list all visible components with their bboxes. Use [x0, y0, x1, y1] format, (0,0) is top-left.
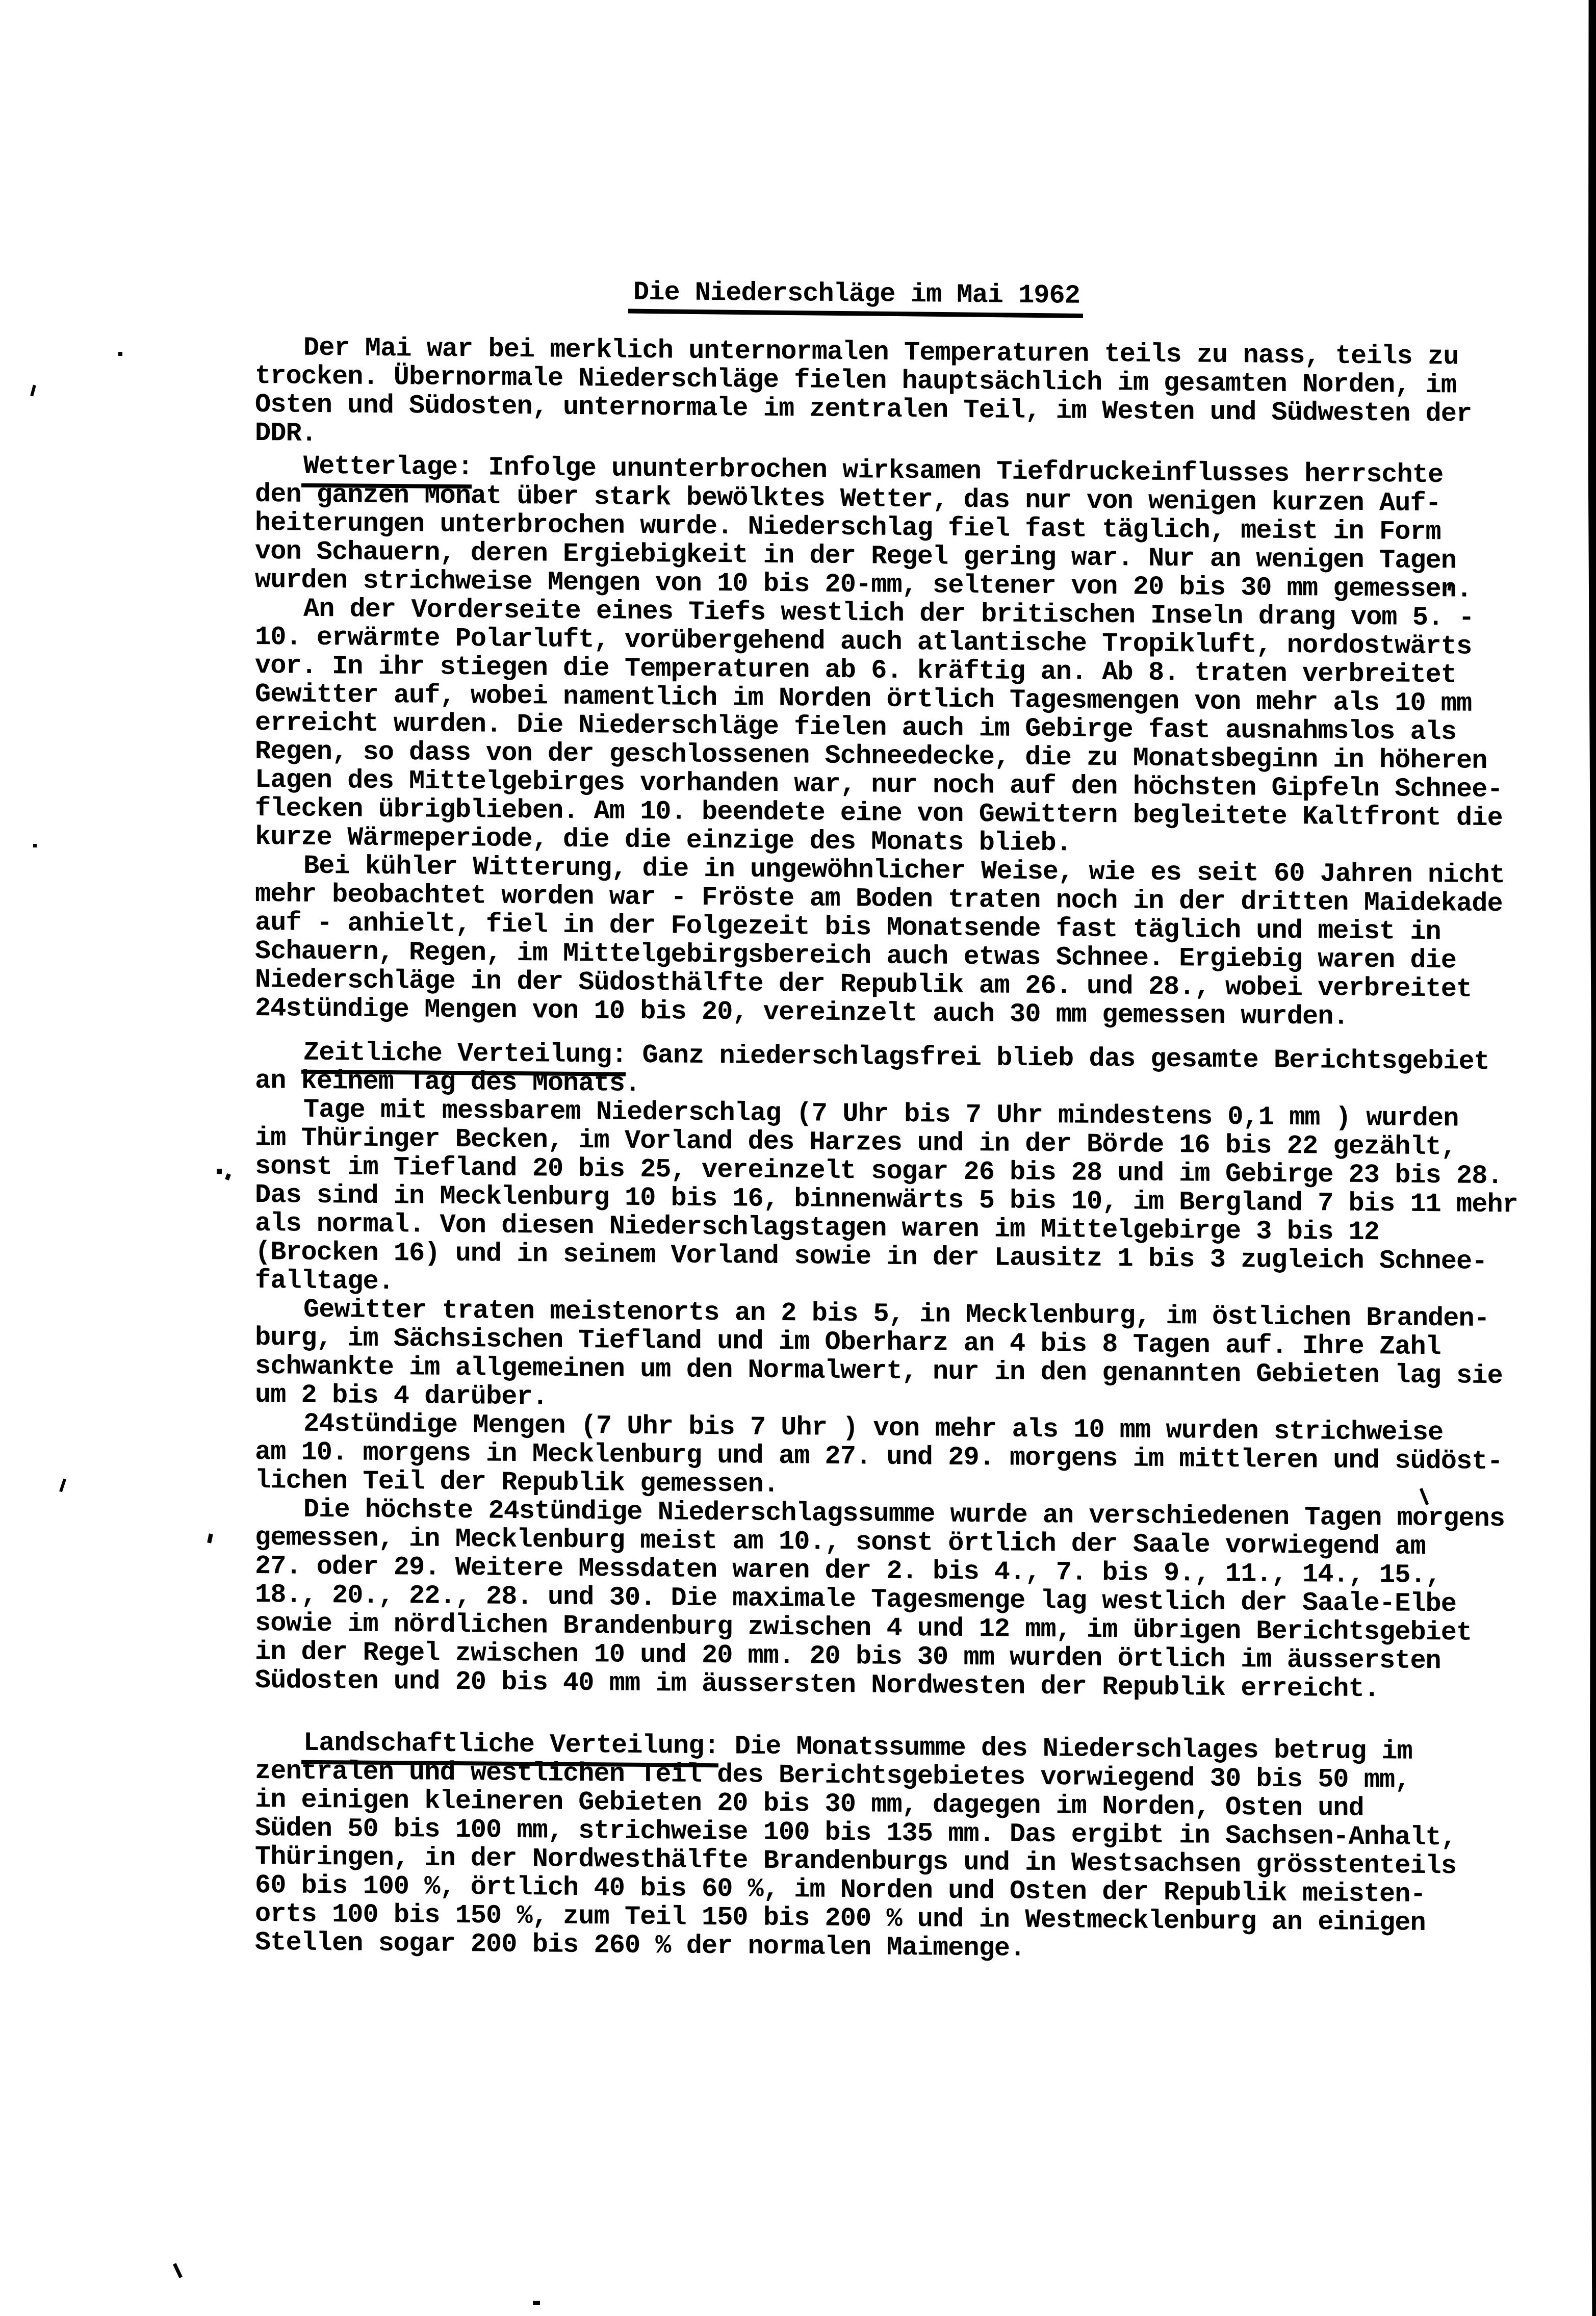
paragraph: Bei kühler Witterung, die in ungewöhnlic…: [255, 852, 1596, 1034]
paragraph: Der Mai war bei merklich unternormalen T…: [255, 333, 1596, 458]
paragraph: Tage mit messbarem Niederschlag (7 Uhr b…: [255, 1095, 1596, 1306]
section-heading: Zeitliche Verteilung:: [303, 1038, 627, 1070]
section-heading: Wetterlage:: [303, 451, 473, 483]
paragraph: Landschaftliche Verteilung: Die Monatssu…: [255, 1729, 1596, 1968]
paragraphs-container: Der Mai war bei merklich unternormalen T…: [255, 333, 1596, 1968]
scan-speck: [59, 1479, 66, 1492]
scan-speck: [33, 844, 37, 847]
paragraph: Wetterlage: Infolge ununterbrochen wirks…: [255, 452, 1596, 605]
section-heading: Landschaftliche Verteilung:: [303, 1728, 719, 1761]
page-title: Die Niederschläge im Mai 1962: [633, 278, 1080, 311]
scan-speck: [118, 352, 122, 356]
scan-speck: [173, 2263, 183, 2278]
paragraph: An der Vorderseite eines Tiefs westlich …: [255, 595, 1596, 862]
scan-speck: [207, 1533, 213, 1543]
scan-speck: [30, 385, 36, 397]
scan-speck: [225, 1173, 231, 1180]
paragraph: 24stündige Mengen (7 Uhr bis 7 Uhr ) von…: [255, 1409, 1596, 1506]
paragraph: Die höchste 24stündige Niederschlagssumm…: [255, 1495, 1596, 1706]
document-page: Die Niederschläge im Mai 1962 Der Mai wa…: [0, 0, 1596, 2316]
text-line: Zeitliche Verteilung: Ganz niederschlags…: [255, 1038, 1596, 1077]
document-content: Die Niederschläge im Mai 1962 Der Mai wa…: [255, 275, 1596, 1968]
paragraph: Gewitter traten meistenorts an 2 bis 5, …: [255, 1295, 1596, 1420]
scan-speck: [533, 2301, 540, 2305]
scan-speck: [217, 1169, 222, 1174]
